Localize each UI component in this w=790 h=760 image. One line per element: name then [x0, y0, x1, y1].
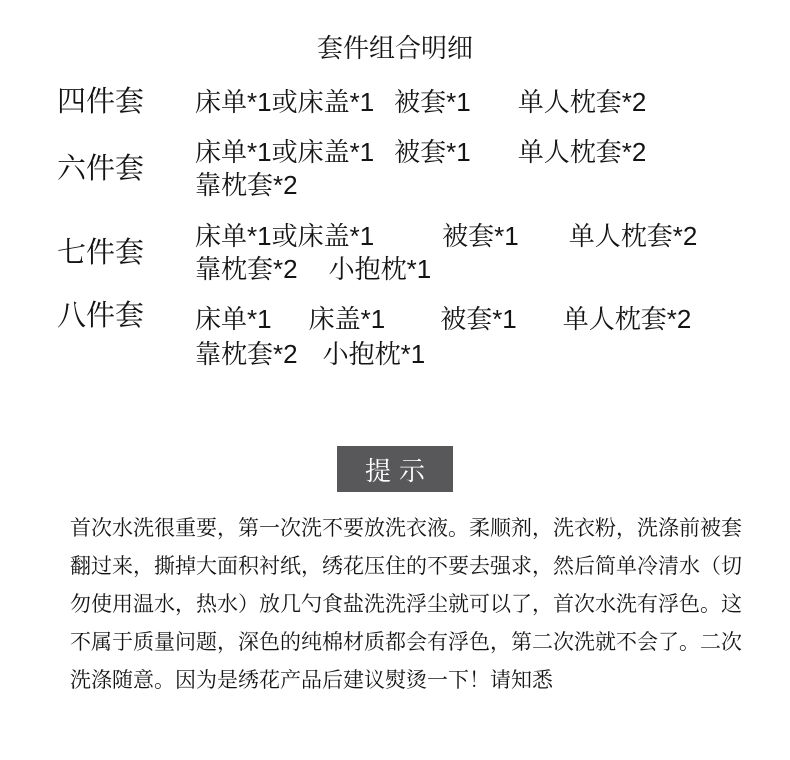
set-item: 单人枕套*2 [518, 87, 647, 117]
set-item: 单人枕套*2 [569, 221, 698, 251]
set-item: 单人枕套*2 [563, 304, 692, 334]
care-instructions: 首次水洗很重要，第一次洗不要放洗衣液。柔顺剂，洗衣粉，洗涤前被套 翻过来，撕掉大… [70, 510, 730, 700]
set-line: 床单*1床盖*1被套*1单人枕套*2 [195, 303, 691, 336]
set-item: 床单*1或床盖*1 [195, 87, 374, 117]
set-line: 靠枕套*2 [195, 169, 646, 202]
care-instructions-line: 洗涤随意。因为是绣花产品后建议熨烫一下！请知悉 [70, 662, 730, 700]
set-row-7pc: 七件套 床单*1或床盖*1被套*1单人枕套*2 靠枕套*2小抱枕*1 [57, 220, 780, 286]
care-instructions-line: 不属于质量问题，深色的纯棉材质都会有浮色，第二次洗就不会了。二次 [70, 624, 730, 662]
care-instructions-line: 首次水洗很重要，第一次洗不要放洗衣液。柔顺剂，洗衣粉，洗涤前被套 [70, 510, 730, 548]
tip-badge: 提示 [337, 446, 453, 492]
page-title: 套件组合明细 [0, 33, 790, 63]
care-instructions-line: 勿使用温水，热水）放几勺食盐洗洗浮尘就可以了，首次水洗有浮色。这 [70, 586, 730, 624]
care-instructions-line: 翻过来，撕掉大面积衬纸，绣花压住的不要去强求，然后简单冷清水（切 [70, 548, 730, 586]
set-item: 被套*1 [442, 221, 519, 251]
set-items-6pc: 床单*1或床盖*1被套*1单人枕套*2 靠枕套*2 [195, 136, 646, 202]
set-items-7pc: 床单*1或床盖*1被套*1单人枕套*2 靠枕套*2小抱枕*1 [195, 220, 697, 286]
set-items-4pc: 床单*1或床盖*1被套*1单人枕套*2 [195, 86, 646, 119]
set-item: 单人枕套*2 [518, 137, 647, 167]
set-item: 床单*1或床盖*1 [195, 221, 374, 251]
set-name-6pc: 六件套 [57, 153, 195, 186]
set-item: 被套*1 [440, 304, 517, 334]
set-item: 小抱枕*1 [323, 339, 426, 369]
set-row-6pc: 六件套 床单*1或床盖*1被套*1单人枕套*2 靠枕套*2 [57, 136, 780, 202]
set-name-4pc: 四件套 [57, 86, 195, 119]
set-item: 小抱枕*1 [329, 254, 432, 284]
set-row-8pc: 八件套 床单*1床盖*1被套*1单人枕套*2 靠枕套*2小抱枕*1 [57, 303, 780, 371]
set-name-8pc: 八件套 [57, 300, 195, 333]
set-line: 靠枕套*2小抱枕*1 [195, 253, 697, 286]
set-line: 床单*1或床盖*1被套*1单人枕套*2 [195, 136, 646, 169]
set-line: 床单*1或床盖*1被套*1单人枕套*2 [195, 220, 697, 253]
set-line: 靠枕套*2小抱枕*1 [195, 338, 691, 371]
set-item: 靠枕套*2 [195, 170, 298, 200]
product-detail-page: 套件组合明细 四件套 床单*1或床盖*1被套*1单人枕套*2 六件套 床单*1或… [0, 0, 790, 760]
set-name-7pc: 七件套 [57, 237, 195, 270]
set-item: 床单*1或床盖*1 [195, 137, 374, 167]
set-item: 靠枕套*2 [195, 254, 298, 284]
set-item: 被套*1 [394, 87, 471, 117]
set-items-8pc: 床单*1床盖*1被套*1单人枕套*2 靠枕套*2小抱枕*1 [195, 303, 691, 371]
set-row-4pc: 四件套 床单*1或床盖*1被套*1单人枕套*2 [57, 86, 780, 119]
set-item: 被套*1 [394, 137, 471, 167]
set-item: 靠枕套*2 [195, 339, 298, 369]
set-item: 床单*1 [195, 304, 272, 334]
set-line: 床单*1或床盖*1被套*1单人枕套*2 [195, 86, 646, 119]
set-item: 床盖*1 [309, 304, 386, 334]
